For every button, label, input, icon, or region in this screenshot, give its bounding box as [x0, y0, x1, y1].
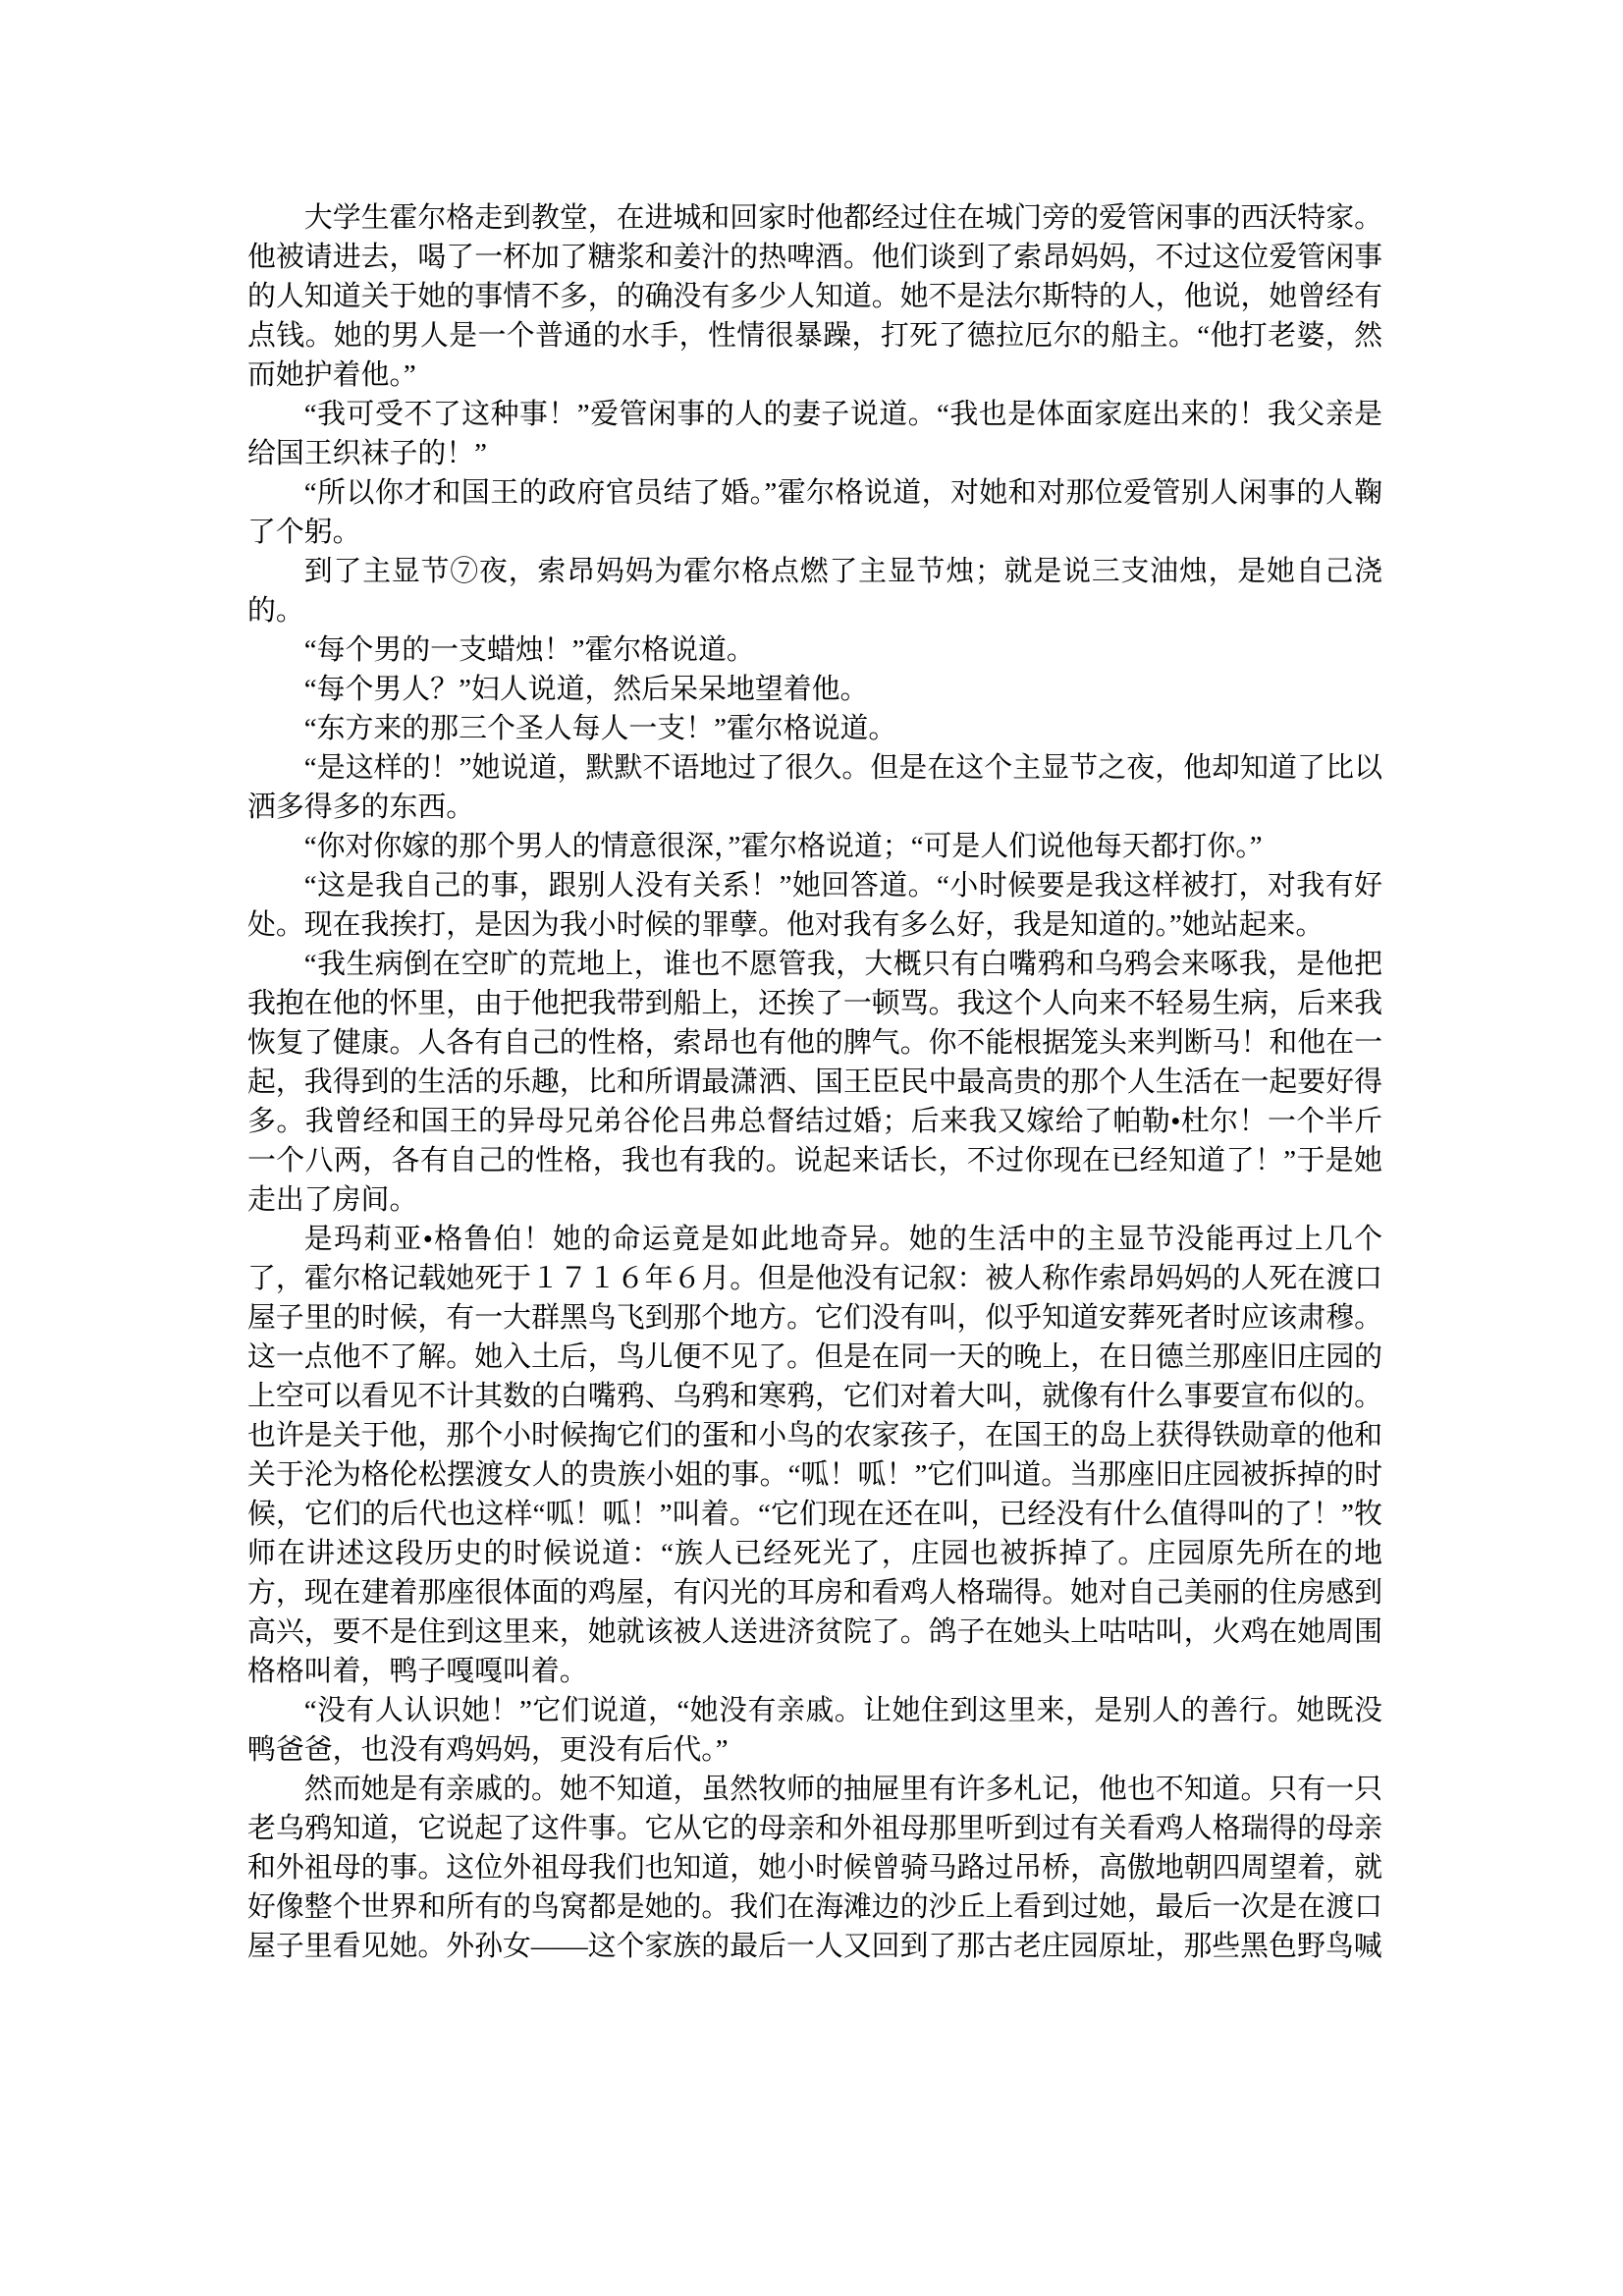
paragraph: “我生病倒在空旷的荒地上，谁也不愿管我，大概只有白嘴鸦和乌鸦会来啄我，是他把我抱… — [247, 945, 1382, 1220]
paragraph: “每个男人？”妇人说道，然后呆呆地望着他。 — [247, 670, 1382, 709]
paragraph: 是玛莉亚•格鲁伯！她的命运竟是如此地奇异。她的生活中的主显节没能再过上几个了，霍… — [247, 1220, 1382, 1691]
paragraph: “没有人认识她！”它们说道，“她没有亲戚。让她住到这里来，是别人的善行。她既没鸭… — [247, 1691, 1382, 1770]
paragraph: “这是我自己的事，跟别人没有关系！”她回答道。“小时候要是我这样被打，对我有好处… — [247, 866, 1382, 945]
paragraph: 大学生霍尔格走到教堂，在进城和回家时他都经过住在城门旁的爱管闲事的西沃特家。他被… — [247, 198, 1382, 395]
paragraph: “你对你嫁的那个男人的情意很深，”霍尔格说道；“可是人们说他每天都打你。” — [247, 827, 1382, 866]
paragraph: 然而她是有亲戚的。她不知道，虽然牧师的抽屉里有许多札记，他也不知道。只有一只老乌… — [247, 1770, 1382, 1966]
paragraph: “每个男的一支蜡烛！”霍尔格说道。 — [247, 630, 1382, 670]
paragraph: “东方来的那三个圣人每人一支！”霍尔格说道。 — [247, 709, 1382, 748]
paragraph: 到了主显节⑦夜，索昂妈妈为霍尔格点燃了主显节烛；就是说三支油烛，是她自己浇的。 — [247, 552, 1382, 630]
paragraph: “所以你才和国王的政府官员结了婚。”霍尔格说道，对她和对那位爱管别人闲事的人鞠了… — [247, 473, 1382, 552]
paragraph: “是这样的！”她说道，默默不语地过了很久。但是在这个主显节之夜，他却知道了比以洒… — [247, 748, 1382, 827]
paragraph: “我可受不了这种事！”爱管闲事的人的妻子说道。“我也是体面家庭出来的！我父亲是给… — [247, 395, 1382, 473]
text-block: 大学生霍尔格走到教堂，在进城和回家时他都经过住在城门旁的爱管闲事的西沃特家。他被… — [247, 198, 1382, 1966]
